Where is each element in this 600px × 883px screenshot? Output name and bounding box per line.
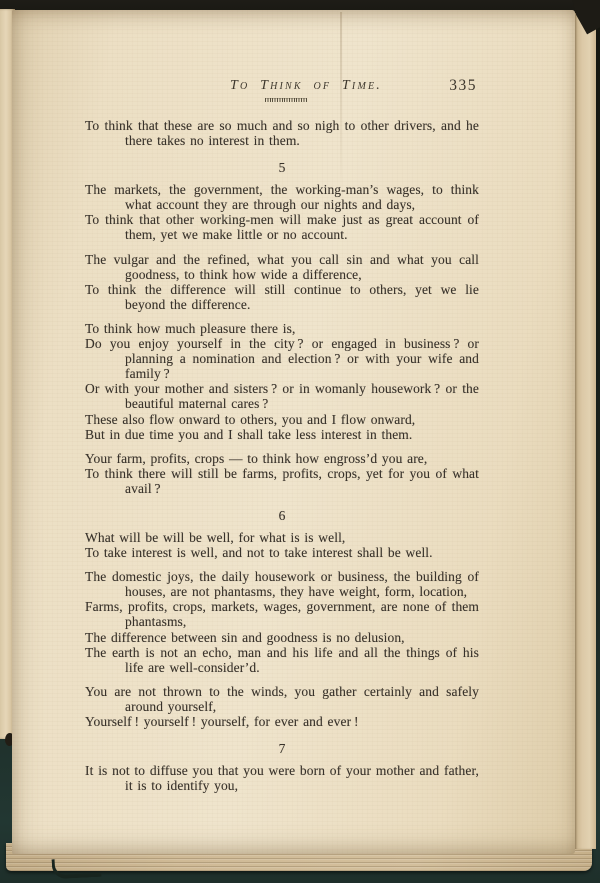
header-divider-rule: [265, 98, 307, 102]
book-scan-background: To Think of Time. 335 To think that thes…: [0, 0, 600, 883]
poem: To think that these are so much and so n…: [85, 118, 479, 793]
page-content: To Think of Time. 335 To think that thes…: [85, 78, 479, 802]
verse-line: To think that other working-men will mak…: [85, 212, 479, 242]
verse-line: To think how much pleasure there is,: [85, 321, 479, 336]
stanza: The domestic joys, the daily housework o…: [85, 569, 479, 675]
verse-line: Yourself ! yourself ! yourself, for ever…: [85, 714, 479, 729]
verse-line: To think there will still be farms, prof…: [85, 466, 479, 496]
verse-line: To think that these are so much and so n…: [85, 118, 479, 148]
section-number: 5: [85, 160, 479, 176]
verse-line: What will be will be well, for what is i…: [85, 530, 479, 545]
verse-line: To think the difference will still conti…: [85, 282, 479, 312]
verse-line: These also flow onward to others, you an…: [85, 412, 479, 427]
verse-line: To take interest is well, and not to tak…: [85, 545, 479, 560]
verse-line: The vulgar and the refined, what you cal…: [85, 252, 479, 282]
section-number: 7: [85, 741, 479, 757]
verse-line: Farms, profits, crops, markets, wages, g…: [85, 599, 479, 629]
stanza: Your farm, profits, crops — to think how…: [85, 451, 479, 496]
verse-line: Or with your mother and sisters ? or in …: [85, 381, 479, 411]
running-title: To Think of Time.: [230, 78, 382, 94]
verse-line: The domestic joys, the daily housework o…: [85, 569, 479, 599]
book-page: To Think of Time. 335 To think that thes…: [12, 10, 575, 854]
verse-line: It is not to diffuse you that you were b…: [85, 763, 479, 793]
verse-line: The earth is not an echo, man and his li…: [85, 645, 479, 675]
verse-line: Your farm, profits, crops — to think how…: [85, 451, 479, 466]
stanza: You are not thrown to the winds, you gat…: [85, 684, 479, 729]
verse-line: Do you enjoy yourself in the city ? or e…: [85, 336, 479, 381]
bottom-left-page-curl: [52, 857, 102, 880]
verse-line: But in due time you and I shall take les…: [85, 427, 479, 442]
stanza: The markets, the government, the working…: [85, 182, 479, 242]
stanza: What will be will be well, for what is i…: [85, 530, 479, 560]
section-number: 6: [85, 508, 479, 524]
verse-line: The markets, the government, the working…: [85, 182, 479, 212]
page-right-edge: [575, 13, 596, 849]
stanza: It is not to diffuse you that you were b…: [85, 763, 479, 793]
verse-line: You are not thrown to the winds, you gat…: [85, 684, 479, 714]
stanza: The vulgar and the refined, what you cal…: [85, 252, 479, 312]
page-header: To Think of Time. 335: [85, 78, 479, 104]
page-number: 335: [449, 77, 477, 95]
verse-line: The difference between sin and goodness …: [85, 630, 479, 645]
stanza: To think how much pleasure there is,Do y…: [85, 321, 479, 442]
stanza: To think that these are so much and so n…: [85, 118, 479, 148]
